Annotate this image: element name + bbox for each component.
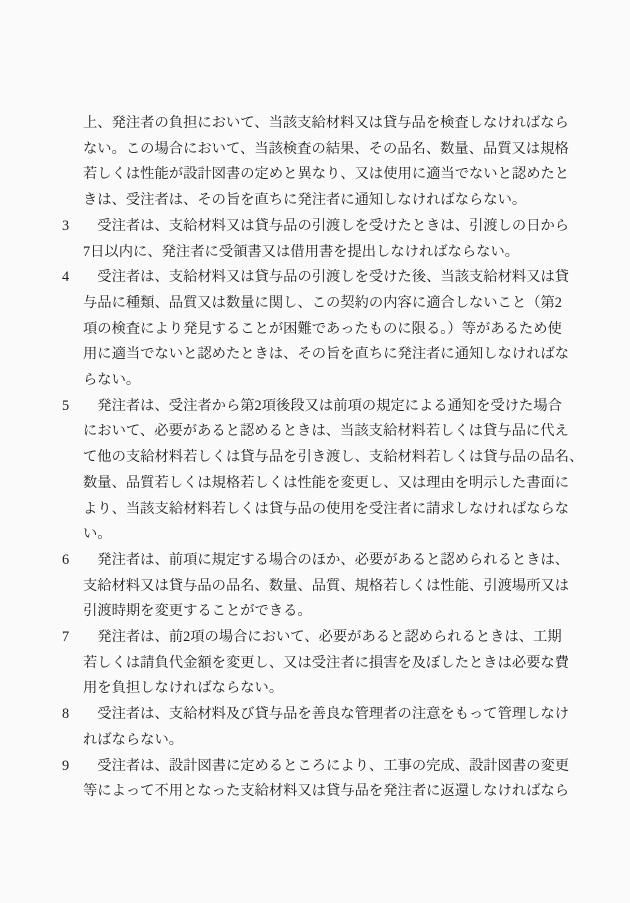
text-line: 発注者は、前項に規定する場合のほか、必要があると認められるときは、: [83, 548, 602, 574]
text-line: きは、受注者は、その旨を直ちに発注者に通知しなければならない。: [83, 188, 602, 214]
text-line: 若しくは性能が設計図書の定めと異なり、又は使用に適当でないと認めたと: [83, 162, 602, 188]
text-line: 発注者は、前2項の場合において、必要があると認められるときは、工期: [83, 625, 602, 651]
text-line: において、必要があると認めるときは、当該支給材料若しくは貸与品に代え: [83, 419, 602, 445]
text-line: 受注者は、支給材料及び貸与品を善良な管理者の注意をもって管理しなけ: [83, 702, 602, 728]
paragraph-number: 8: [62, 702, 69, 728]
clause-paragraph-5: 5発注者は、受注者から第2項後段又は前項の規定による通知を受けた場合において、必…: [62, 394, 602, 548]
text-line: 受注者は、設計図書に定めるところにより、工事の完成、設計図書の変更: [83, 754, 602, 780]
text-line: らない。: [83, 368, 602, 394]
text-line: ればならない。: [83, 728, 602, 754]
paragraph-number: 9: [62, 754, 69, 780]
text-line: ない。この場合において、当該検査の結果、その品名、数量、品質又は規格: [83, 137, 602, 163]
text-line: 受注者は、支給材料又は貸与品の引渡しを受けた後、当該支給材料又は貸: [83, 265, 602, 291]
text-line: 受注者は、支給材料又は貸与品の引渡しを受けたときは、引渡しの日から: [83, 214, 602, 240]
text-line: 7日以内に、発注者に受領書又は借用書を提出しなければならない。: [83, 240, 602, 266]
text-line: 項の検査により発見することが困難であったものに限る。）等があるため使: [83, 317, 602, 343]
text-line: 等によって不用となった支給材料又は貸与品を発注者に返還しなければなら: [83, 779, 602, 805]
document-page: 上、発注者の負担において、当該支給材料又は貸与品を検査しなければならない。この場…: [0, 0, 630, 903]
text-line: 上、発注者の負担において、当該支給材料又は貸与品を検査しなければなら: [83, 111, 602, 137]
clause-paragraph-7: 7発注者は、前2項の場合において、必要があると認められるときは、工期若しくは請負…: [62, 625, 602, 702]
paragraph-number: 6: [62, 548, 69, 574]
text-line: 数量、品質若しくは規格若しくは性能を変更し、又は理由を明示した書面に: [83, 471, 602, 497]
paragraph-number: 5: [62, 394, 69, 420]
page-background: { "page": { "background_color": "#fafafa…: [0, 0, 630, 903]
clause-paragraph-9: 9受注者は、設計図書に定めるところにより、工事の完成、設計図書の変更等によって不…: [62, 754, 602, 805]
text-line: 用に適当でないと認めたときは、その旨を直ちに発注者に通知しなければな: [83, 342, 602, 368]
text-line: 与品に種類、品質又は数量に関し、この契約の内容に適合しないこと（第2: [83, 291, 602, 317]
paragraph-number: 4: [62, 265, 69, 291]
paragraph-number: 7: [62, 625, 69, 651]
clause-paragraph-continuation: 上、発注者の負担において、当該支給材料又は貸与品を検査しなければならない。この場…: [62, 111, 602, 214]
clause-paragraph-3: 3受注者は、支給材料又は貸与品の引渡しを受けたときは、引渡しの日から7日以内に、…: [62, 214, 602, 265]
paragraph-number: 3: [62, 214, 69, 240]
text-line: い。: [83, 522, 602, 548]
text-line: 発注者は、受注者から第2項後段又は前項の規定による通知を受けた場合: [83, 394, 602, 420]
text-line: て他の支給材料若しくは貸与品を引き渡し、支給材料若しくは貸与品の品名、: [83, 445, 602, 471]
text-line: 支給材料又は貸与品の品名、数量、品質、規格若しくは性能、引渡場所又は: [83, 574, 602, 600]
text-line: より、当該支給材料若しくは貸与品の使用を受注者に請求しなければならな: [83, 497, 602, 523]
text-line: 用を負担しなければならない。: [83, 676, 602, 702]
text-line: 引渡時期を変更することができる。: [83, 599, 602, 625]
text-line: 若しくは請負代金額を変更し、又は受注者に損害を及ぼしたときは必要な費: [83, 651, 602, 677]
clause-paragraph-4: 4受注者は、支給材料又は貸与品の引渡しを受けた後、当該支給材料又は貸与品に種類、…: [62, 265, 602, 394]
document-body: 上、発注者の負担において、当該支給材料又は貸与品を検査しなければならない。この場…: [62, 111, 602, 805]
clause-paragraph-6: 6発注者は、前項に規定する場合のほか、必要があると認められるときは、支給材料又は…: [62, 548, 602, 625]
clause-paragraph-8: 8受注者は、支給材料及び貸与品を善良な管理者の注意をもって管理しなければならない…: [62, 702, 602, 753]
